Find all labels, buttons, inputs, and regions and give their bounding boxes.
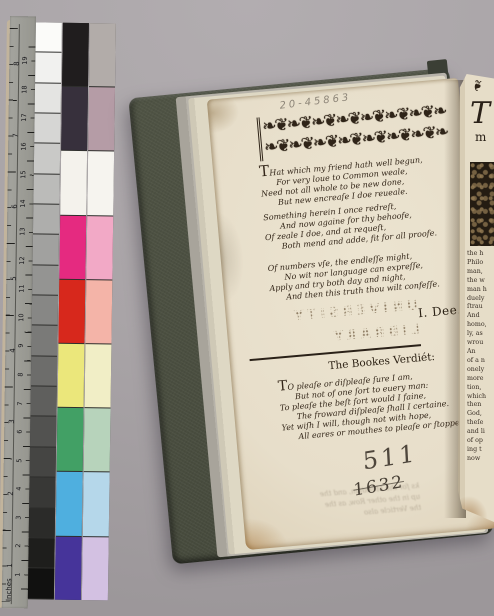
tint-patch (83, 472, 110, 536)
color-patch (58, 344, 85, 408)
grayscale-patch (30, 386, 56, 416)
recto-text-line: God, (467, 410, 494, 419)
tint-patch (84, 408, 111, 472)
tint-patch (85, 344, 112, 408)
color-patch (61, 87, 88, 151)
tint-patch (85, 280, 112, 344)
grayscale-patch (34, 113, 60, 143)
ruler-cm-number: 17 (19, 103, 28, 132)
ruler-cm-number: 12 (17, 246, 26, 275)
recto-text-line: and li (467, 428, 494, 437)
grayscale-patch (28, 538, 54, 568)
recto-text-line: man, (467, 268, 494, 277)
grayscale-patch (29, 508, 55, 538)
grayscale-patch (31, 356, 57, 386)
recto-text-line: theſe (467, 419, 494, 428)
recto-text-line: tion, (467, 384, 494, 393)
grayscale-patch (33, 235, 59, 265)
recto-page-edge: ❧ T m the hPhiloman,the wman hduelyſtrau… (458, 74, 494, 522)
ruler-cm-number: 3 (14, 503, 23, 532)
classmark-handwriting: 511 (362, 439, 418, 476)
ruler-cm-number: 16 (19, 132, 28, 161)
ruler-cm-number: 5 (15, 446, 24, 475)
recto-text-line: the w (467, 277, 494, 286)
verdict-heading: The Bookes Verdiét: (328, 351, 436, 372)
grayscale-patch (35, 83, 61, 113)
recto-text-fragments: the hPhiloman,the wman hduelyſtrauAndhom… (467, 250, 494, 472)
recto-text-line: ing t (467, 446, 494, 455)
grayscale-patch (34, 144, 60, 174)
tint-patch (86, 216, 113, 280)
grayscale-patch (30, 417, 56, 447)
grayscale-patch (32, 295, 58, 325)
color-patch (60, 151, 87, 215)
recto-title-initial: T (470, 96, 490, 131)
recto-text-line: homo, (467, 321, 494, 330)
ruler-cm-number: 15 (19, 160, 28, 189)
ruler-cm-number: 8 (16, 360, 25, 389)
woodcut-initial-block (470, 162, 494, 246)
photograph-background: 87654321 19181716151413121110987654321 I… (0, 0, 494, 616)
color-patch (56, 472, 83, 536)
dee-poem-stanza-3: Of numbers vſe, the endleſſe might,No wi… (267, 248, 460, 304)
grayscale-patch (33, 174, 59, 204)
ruler-cm-number: 4 (14, 474, 23, 503)
ruler-cm-number: 2 (13, 531, 22, 560)
color-patch-columns (28, 22, 116, 600)
grayscale-patch (32, 265, 58, 295)
grayscale-patch (29, 477, 55, 507)
recto-text-line: the h (467, 250, 494, 259)
tint-patch (88, 87, 115, 151)
color-patch (55, 536, 82, 600)
recto-text-line: which (467, 393, 494, 402)
accession-number-handwriting: 20-45863 (279, 92, 352, 112)
recto-text-line: then (467, 401, 494, 410)
grayscale-patch (36, 22, 62, 52)
grayscale-patch (35, 53, 61, 83)
grayscale-patch (30, 447, 56, 477)
ruler-cm-number: 1 (13, 560, 22, 589)
ruler-cm-number: 9 (16, 332, 25, 361)
recto-text-line: duely (467, 295, 494, 304)
recto-text-line: An (467, 348, 494, 357)
ruler-cm-number: 6 (15, 417, 24, 446)
recto-title-fragment: m (475, 130, 486, 144)
recto-text-line: more (467, 375, 494, 384)
tint-patch (87, 151, 114, 215)
color-patch (58, 279, 85, 343)
ruler-cm-number: 13 (18, 217, 27, 246)
ruler-cm-number: 19 (20, 46, 29, 75)
recto-text-line: of a n (467, 357, 494, 366)
ruler-cm-number: 7 (15, 389, 24, 418)
grayscale-patch (28, 568, 54, 598)
grayscale-patch (33, 204, 59, 234)
color-patch (62, 23, 89, 87)
tint-patch (82, 537, 109, 601)
recto-text-line: onely (467, 366, 494, 375)
color-patch (57, 408, 84, 472)
ruler-cm-number: 18 (20, 75, 29, 104)
recto-text-line: wrou (467, 339, 494, 348)
recto-text-line: of op (467, 437, 494, 446)
recto-ornament-fragment: ❧ (468, 78, 488, 93)
ruler-inches-label: Inches (5, 543, 14, 601)
ruler-cm-number: 14 (18, 189, 27, 218)
tint-patch (89, 23, 116, 87)
recto-text-line: now (467, 455, 494, 464)
recto-text-line: Philo (467, 259, 494, 268)
recto-text-line: man h (467, 286, 494, 295)
recto-text-line: ly, as (467, 330, 494, 339)
grayscale-patch (31, 326, 57, 356)
recto-text-line: And (467, 312, 494, 321)
ruler-cm-number: 11 (17, 275, 26, 304)
recto-text-line: ſtrau (467, 303, 494, 312)
color-calibration-target: 87654321 19181716151413121110987654321 I… (2, 16, 122, 612)
ruler-cm-number: 10 (17, 303, 26, 332)
color-patch (59, 215, 86, 279)
